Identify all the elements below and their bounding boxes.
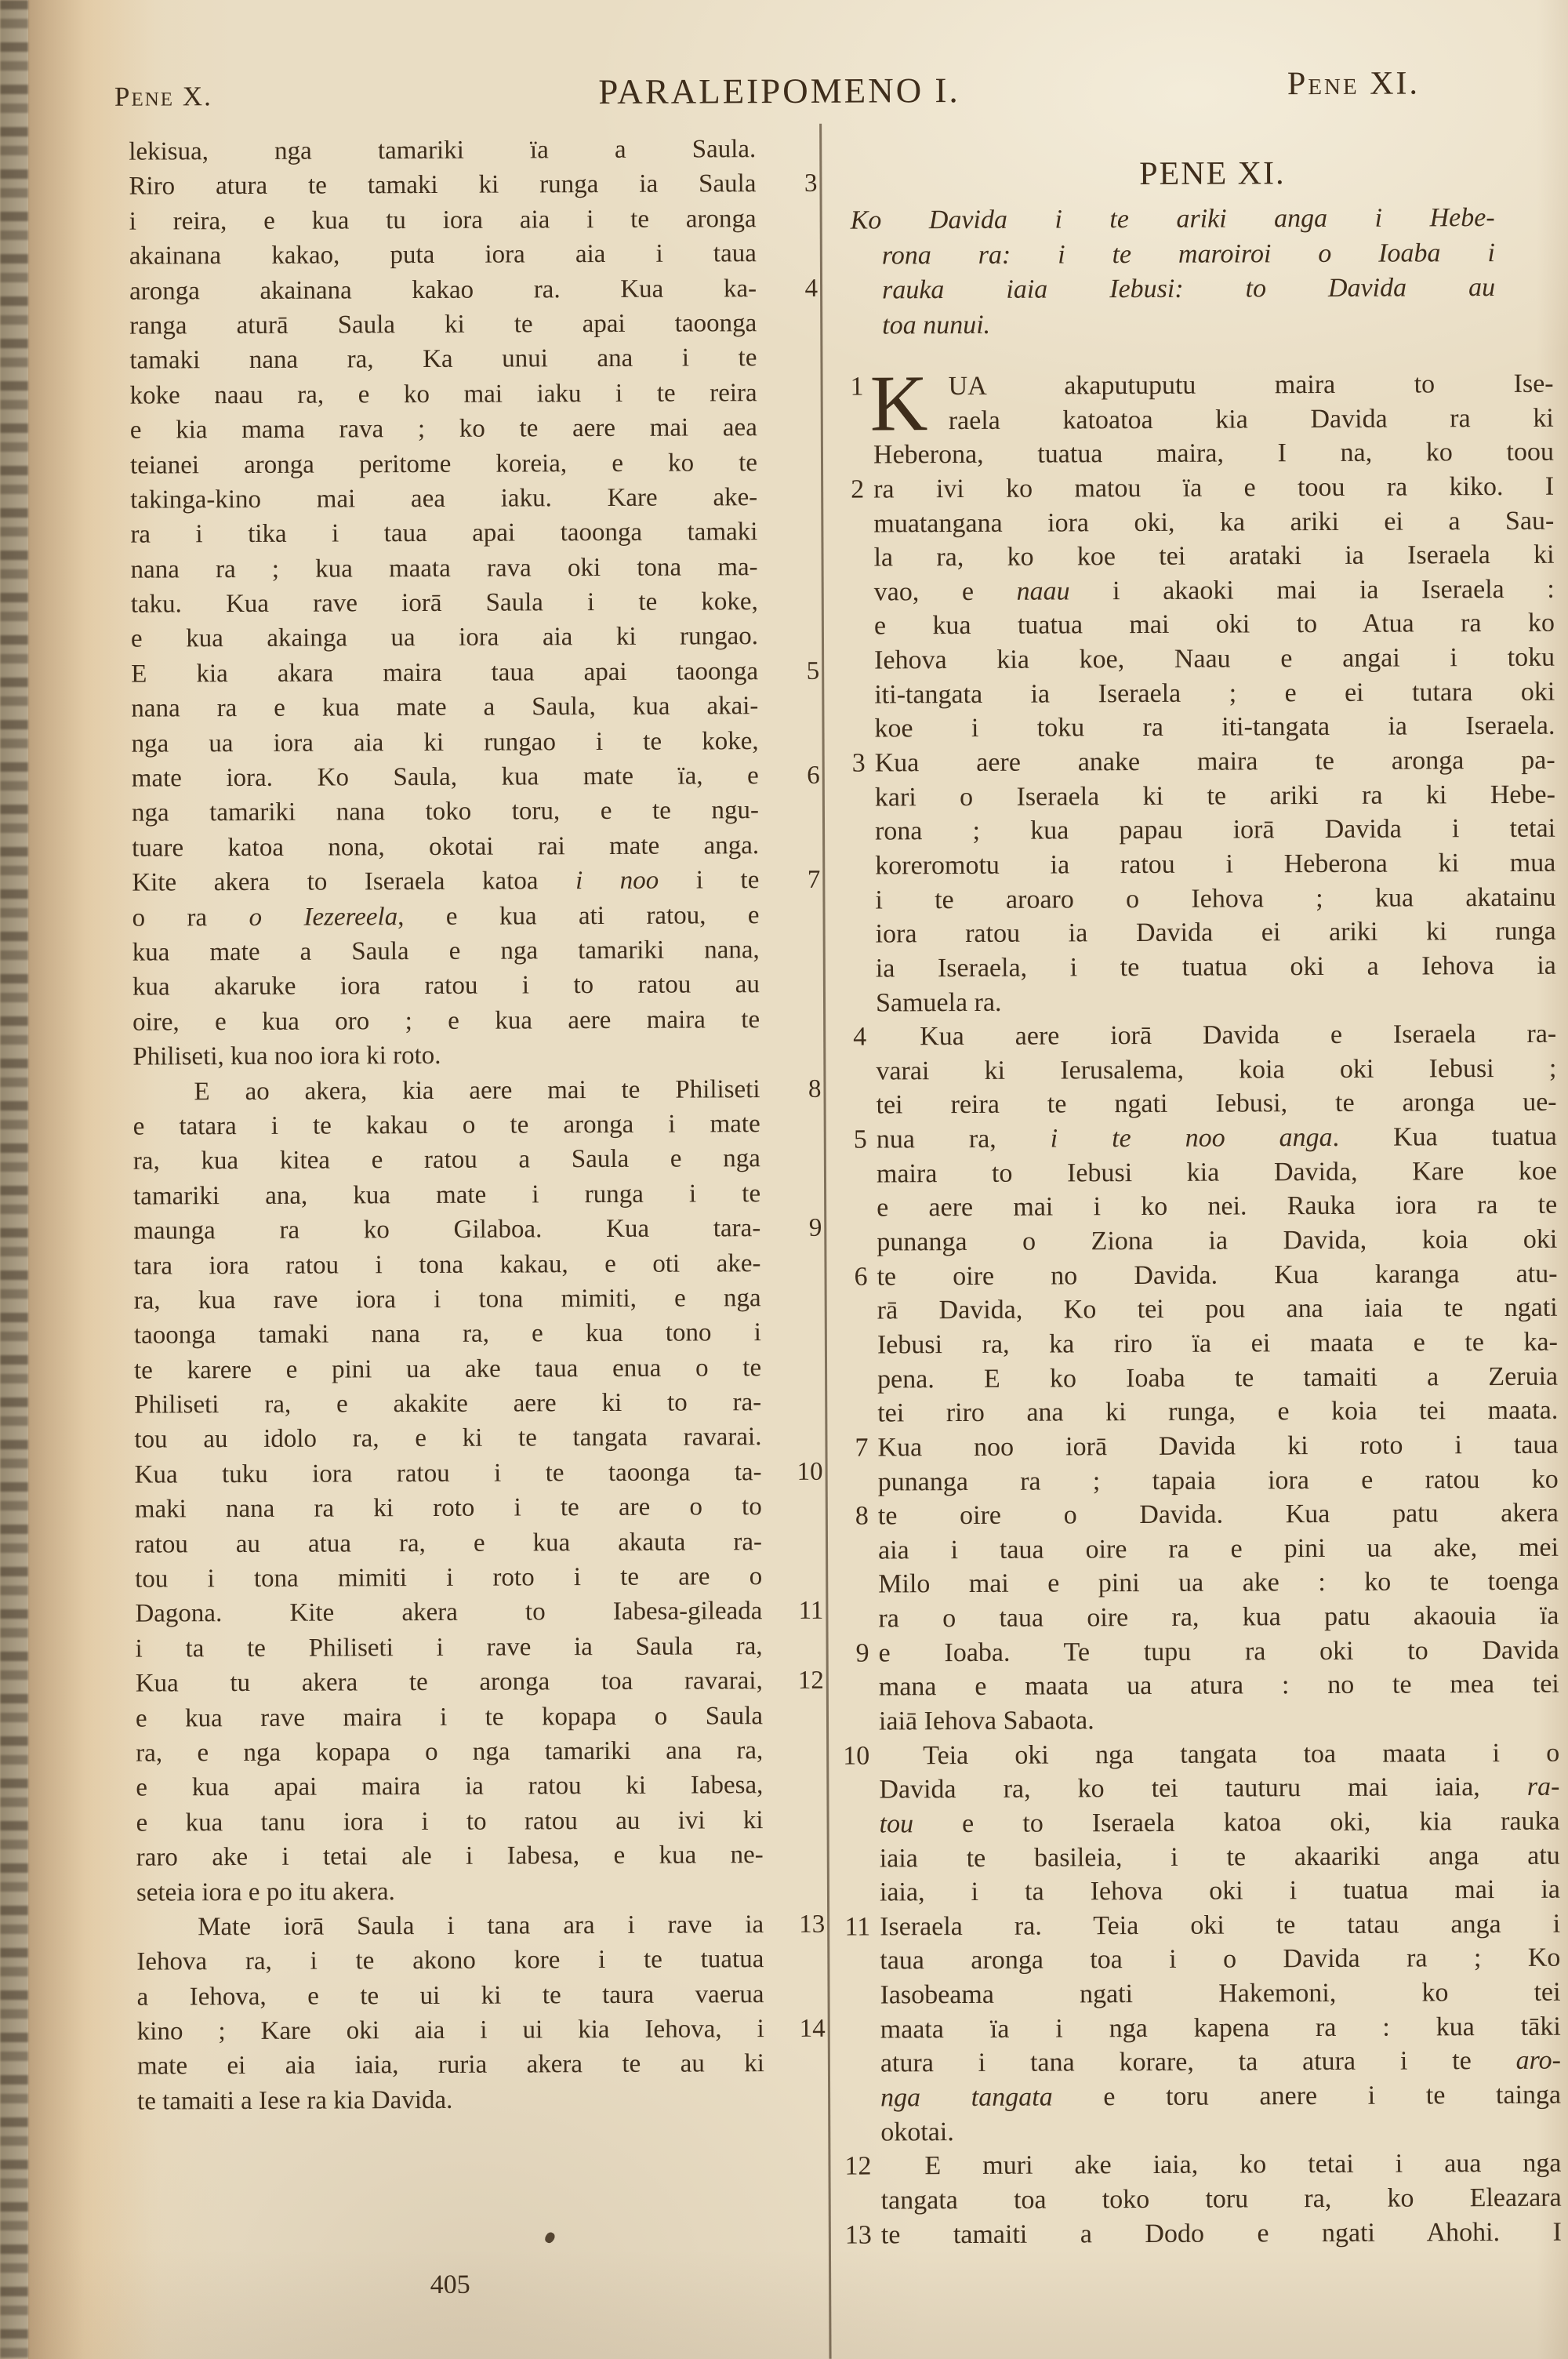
text-line: varai ki Ierusalema, koia oki Iebusi ; [876, 1052, 1556, 1089]
line-text: atura i tana korare, ta atura i te aro- [880, 2044, 1561, 2081]
line-text: tara iora ratou i tona kakau, e oti ake- [133, 1246, 760, 1284]
text-line: aronga akainana kakao ra. Kua ka-4 [129, 271, 757, 309]
line-text: raro ake i tetai ale i Iabesa, e kua ne- [136, 1837, 764, 1875]
text-line: te oire no Davida. Kua karanga atu-6 [877, 1256, 1557, 1293]
text-line: koke naau ra, e ko mai iaku i te reira [130, 376, 757, 413]
text-line: Philiseti, kua noo iora ki roto. [132, 1037, 760, 1074]
verse-number: 10 [830, 1739, 869, 1773]
text-line: Iebusi ra, ka riro ïa ei maata e te ka- [877, 1325, 1558, 1362]
line-text: kua akaruke iora ratou i to ratou au [132, 968, 760, 1005]
text-line: ra i tika i taua apai taoonga tamaki [130, 514, 757, 552]
running-head-right: Pene XI. [1287, 64, 1420, 103]
line-text: punanga ra ; tapaia iora e ratou ko [878, 1462, 1559, 1499]
line-text: Kua noo iorā Davida ki roto i taua [877, 1428, 1558, 1465]
line-text: koke naau ra, e ko mai iaku i te reira [130, 376, 757, 413]
line-text: rauka iaia Iebusi: to Davida au [851, 271, 1495, 308]
line-text: ra ivi ko matou ïa e toou ra kiko. I [873, 470, 1554, 507]
verse-number: 12 [774, 1663, 824, 1699]
text-line: e tatara i te kakau o te aronga i mate [133, 1107, 760, 1144]
text-line: Ko Davida i te ariki anga i Hebe- [851, 201, 1495, 238]
line-text: e kua rave maira i te kopapa o Saula [136, 1699, 763, 1736]
verse-number: 11 [831, 1910, 870, 1944]
line-text: aia i taua oire ra e pini ua ake, mei [878, 1530, 1559, 1567]
line-text: maata ïa i nga kapena ra : kua tāki [880, 2009, 1561, 2046]
line-text: maira to Iebusi kia Davida, Kare koe [877, 1154, 1557, 1190]
text-line: pena. E ko Ioaba te tamaiti a Zeruia [877, 1359, 1558, 1396]
line-text: taua aronga toa i o Davida ra ; Ko [880, 1941, 1560, 1978]
line-text: nga ua iora aia ki rungao i te koke, [131, 724, 758, 761]
line-text: nana ra e kua mate a Saula, kua akai- [131, 689, 758, 726]
verse-number: 1 [824, 370, 863, 405]
right-text-column: K UA akaputuputu maira to Ise-1raela kat… [873, 367, 1561, 2252]
text-line: Kua noo iorā Davida ki roto i taua7 [877, 1428, 1558, 1465]
line-text: raela katoatoa kia Davida ra ki [873, 401, 1554, 438]
verse-number: 6 [770, 758, 820, 794]
text-line: Iehova kia koe, Naau e angai i toku [874, 641, 1555, 678]
line-text: tou e to Iseraela katoa oki, kia rauka [879, 1805, 1559, 1841]
line-text: Kua aere anake maira te aronga pa- [875, 743, 1555, 780]
text-line: kua mate a Saula e nga tamariki nana, [132, 932, 760, 970]
line-text: rā Davida, Ko tei pou ana iaia te ngati [877, 1291, 1558, 1328]
text-line: nana ra e kua mate a Saula, kua akai- [131, 689, 758, 726]
text-line: nua ra, i te noo anga. Kua tuatua5 [877, 1120, 1557, 1157]
text-line: takinga-kino mai aea iaku. Kare ake- [130, 480, 757, 518]
line-text: UA akaputuputu maira to Ise- [873, 367, 1553, 404]
text-line: mana e maata ua atura : no te mea tei [879, 1667, 1559, 1704]
line-text: Heberona, tuatua maira, I na, ko toou [873, 435, 1554, 472]
text-line: UA akaputuputu maira to Ise-1 [873, 367, 1553, 404]
line-text: lekisua, nga tamariki ïa a Saula. [129, 132, 756, 169]
text-line: ia Iseraela, i te tuatua oki a Iehova ia [876, 949, 1556, 986]
text-line: Heberona, tuatua maira, I na, ko toou [873, 435, 1554, 472]
verse-number: 11 [773, 1594, 823, 1629]
line-text: Kua tuku iora ratou i te taoonga ta- [135, 1455, 762, 1492]
page-content: Pene X. PARALEIPOMENO I. Pene XI. lekisu… [0, 0, 1568, 2359]
text-line: maata ïa i nga kapena ra : kua tāki [880, 2009, 1561, 2046]
line-text: mana e maata ua atura : no te mea tei [879, 1667, 1559, 1704]
line-text: E kia akara maira taua apai taoonga [131, 654, 758, 692]
line-text: te oire o Davida. Kua patu akera [878, 1496, 1559, 1533]
line-text: toa nunui. [851, 306, 1495, 343]
line-text: mate iora. Ko Saula, kua mate ïa, e [132, 758, 759, 796]
text-line: Kite akera to Iseraela katoa i noo i te7 [132, 863, 759, 900]
line-text: Dagona. Kite akera to Iabesa-gileada [135, 1594, 762, 1632]
line-text: muatangana iora oki, ka ariki ei a Sau- [873, 503, 1554, 540]
text-line: nga ua iora aia ki rungao i te koke, [131, 724, 758, 761]
verse-number: 10 [773, 1455, 823, 1490]
line-text: Philiseti ra, e akakite aere ki to ra- [134, 1385, 761, 1423]
line-text: Kite akera to Iseraela katoa i noo i te [132, 863, 759, 900]
text-line: e aere mai i ko nei. Rauka iora ra te [877, 1188, 1557, 1225]
line-text: e kua tanu iora i to ratou au ivi ki [136, 1803, 763, 1841]
text-line: Kua aere anake maira te aronga pa-3 [875, 743, 1555, 780]
text-line: tara iora ratou i tona kakau, e oti ake- [133, 1246, 760, 1284]
line-text: e kua akainga ua iora aia ki rungao. [131, 620, 758, 657]
line-text: ra, e nga kopapa o nga tamariki ana ra, [136, 1733, 763, 1771]
text-line: e kua rave maira i te kopapa o Saula [136, 1699, 763, 1736]
line-text: ranga aturā Saula ki te apai taoonga [129, 306, 757, 343]
text-line: atura i tana korare, ta atura i te aro- [880, 2044, 1561, 2081]
line-text: Mate iorā Saula i tana ara i rave ia [136, 1907, 764, 1945]
line-text: koreromotu ia ratou i Heberona ki mua [875, 846, 1555, 883]
text-line: teianei aronga peritome koreia, e ko te [130, 445, 757, 483]
text-line: o ra o Iezereela, e kua ati ratou, e [132, 898, 759, 936]
text-line: aia i taua oire ra e pini ua ake, mei [878, 1530, 1559, 1567]
line-text: Kua aere iorā Davida e Iseraela ra- [876, 1017, 1556, 1054]
text-line: mate iora. Ko Saula, kua mate ïa, e6 [132, 758, 759, 796]
line-text: nana ra ; kua maata rava oki tona ma- [131, 550, 758, 587]
text-line: taku. Kua rave iorā Saula i te koke, [131, 584, 758, 622]
text-line: iaiā Iehova Sabaota. [879, 1702, 1559, 1739]
verse-number: 13 [775, 1907, 825, 1943]
text-line: kari o Iseraela ki te ariki ra ki Hebe- [875, 777, 1555, 814]
line-text: mate ei aia iaia, ruria akera te au ki [137, 2047, 764, 2085]
ink-speck [543, 2230, 557, 2245]
line-text: ra, kua rave iora i tona mimiti, e nga [134, 1281, 761, 1318]
text-line: tou e to Iseraela katoa oki, kia rauka [879, 1805, 1559, 1841]
text-line: E muri ake iaia, ko tetai i aua nga12 [880, 2146, 1561, 2183]
line-text: Iseraela ra. Teia oki te tatau anga i [880, 1907, 1560, 1944]
line-text: kari o Iseraela ki te ariki ra ki Hebe- [875, 777, 1555, 814]
text-line: iti-tangata ia Iseraela ; e ei tutara ok… [874, 674, 1555, 711]
text-line: nga tangata e toru anere i te tainga [880, 2078, 1561, 2115]
text-line: e kua tuatua mai oki to Atua ra ko [874, 606, 1555, 643]
text-line: e kia mama rava ; ko te aere mai aea [130, 410, 757, 448]
line-text: tei reira te ngati Iebusi, te aronga ue- [876, 1085, 1556, 1122]
line-text: tou au idolo ra, e ki te tangata ravarai… [134, 1420, 761, 1458]
line-text: iaia, i ta Iehova oki i tuatua mai ia [880, 1873, 1560, 1910]
text-line: Iasobeama ngati Hakemoni, ko tei [880, 1976, 1560, 2012]
text-line: akainana kakao, puta iora aia i taua [129, 236, 757, 274]
text-line: taoonga tamaki nana ra, e kua tono i [134, 1315, 761, 1353]
text-line: e kua akainga ua iora aia ki rungao. [131, 620, 758, 657]
line-text: o ra o Iezereela, e kua ati ratou, e [132, 898, 759, 936]
line-text: akainana kakao, puta iora aia i taua [129, 236, 757, 274]
verse-number: 5 [769, 654, 819, 689]
text-line: okotai. [880, 2112, 1561, 2149]
text-line: i reira, e kua tu iora aia i te aronga [129, 202, 757, 239]
text-line: rā Davida, Ko tei pou ana iaia te ngati [877, 1291, 1558, 1328]
verse-number: 4 [768, 271, 818, 306]
text-line: punanga o Ziona ia Davida, koia oki [877, 1223, 1557, 1259]
line-text: Iebusi ra, ka riro ïa ei maata e te ka- [877, 1325, 1558, 1362]
text-line: i te aroaro o Iehova ; kua akatainu [875, 880, 1555, 917]
text-line: ra, kua rave iora i tona mimiti, e nga [134, 1281, 761, 1318]
line-text: tamaki nana ra, Ka unui ana i te [129, 340, 757, 378]
line-text: i te aroaro o Iehova ; kua akatainu [875, 880, 1555, 917]
line-text: nga tamariki nana toko toru, e te ngu- [132, 794, 759, 831]
verse-number: 5 [828, 1123, 867, 1158]
line-text: Iehova ra, i te akono kore i te tuatua [136, 1942, 764, 1979]
line-text: nga tangata e toru anere i te tainga [880, 2078, 1561, 2115]
chapter-summary: Ko Davida i te ariki anga i Hebe-rona ra… [851, 201, 1496, 343]
text-line: mate ei aia iaia, ruria akera te au ki [137, 2047, 764, 2085]
text-line: tei riro ana ki runga, e koia tei maata. [877, 1394, 1558, 1430]
line-text: ra o taua oire ra, kua patu akaouia ïa [878, 1599, 1559, 1636]
line-text: ra, kua kitea e ratou a Saula e nga [133, 1141, 760, 1179]
text-line: e kua tanu iora i to ratou au ivi ki [136, 1803, 763, 1841]
line-text: aronga akainana kakao ra. Kua ka- [129, 271, 757, 309]
text-line: i ta te Philiseti i rave ia Saula ra, [136, 1629, 763, 1667]
verse-number: 7 [829, 1430, 868, 1465]
text-line: oire, e kua oro ; e kua aere maira te [132, 1002, 760, 1040]
line-text: rona ra: i te maroiroi o Ioaba i [851, 236, 1495, 274]
text-line: Kua aere iorā Davida e Iseraela ra-4 [876, 1017, 1556, 1054]
text-line: kua akaruke iora ratou i to ratou au [132, 968, 760, 1005]
line-text: iora ratou ia Davida ei ariki ki runga [876, 914, 1556, 951]
line-text: tei riro ana ki runga, e koia tei maata. [877, 1394, 1558, 1430]
verse-number: 3 [826, 747, 866, 781]
text-line: vao, e naau i akaoki mai ia Iseraela : [874, 572, 1555, 609]
line-text: e aere mai i ko nei. Rauka iora ra te [877, 1188, 1557, 1225]
text-line: Teia oki nga tangata toa maata i o10 [879, 1736, 1559, 1772]
line-text: te oire no Davida. Kua karanga atu- [877, 1256, 1557, 1293]
text-line: Milo mai e pini ua ake : ko te toenga [878, 1565, 1559, 1601]
verse-number: 4 [827, 1020, 866, 1055]
line-text: iti-tangata ia Iseraela ; e ei tutara ok… [874, 674, 1555, 711]
line-text: Davida ra, ko tei tauturu mai iaia, ra- [879, 1770, 1559, 1807]
line-text: pena. E ko Ioaba te tamaiti a Zeruia [877, 1359, 1558, 1396]
line-text: Iehova kia koe, Naau e angai i toku [874, 641, 1555, 678]
verse-number: 12 [832, 2150, 871, 2184]
verse-number: 8 [829, 1499, 869, 1534]
line-text: tuare katoa nona, okotai rai mate anga. [132, 828, 759, 866]
text-line: Mate iorā Saula i tana ara i rave ia13 [136, 1907, 764, 1945]
book-page: Pene X. PARALEIPOMENO I. Pene XI. lekisu… [0, 0, 1568, 2359]
verse-number: 7 [770, 863, 820, 898]
line-text: iaiā Iehova Sabaota. [879, 1702, 1559, 1739]
text-line: iaia, i ta Iehova oki i tuatua mai ia [880, 1873, 1560, 1910]
line-text: e kia mama rava ; ko te aere mai aea [130, 410, 757, 448]
verse-number: 13 [833, 2218, 872, 2252]
line-text: kino ; Kare oki aia i ui kia Iehova, i [137, 2012, 764, 2049]
text-line: maira to Iebusi kia Davida, Kare koe [877, 1154, 1557, 1190]
text-line: kino ; Kare oki aia i ui kia Iehova, i14 [137, 2012, 764, 2049]
line-text: takinga-kino mai aea iaku. Kare ake- [130, 480, 757, 518]
line-text: rona ; kua papau iorā Davida i tetai [875, 812, 1555, 849]
text-line: Philiseti ra, e akakite aere ki to ra- [134, 1385, 761, 1423]
line-text: taoonga tamaki nana ra, e kua tono i [134, 1315, 761, 1353]
text-line: raro ake i tetai ale i Iabesa, e kua ne- [136, 1837, 764, 1875]
line-text: Teia oki nga tangata toa maata i o [879, 1736, 1559, 1772]
text-line: te karere e pini ua ake taua enua o te [134, 1350, 761, 1388]
line-text: e Ioaba. Te tupu ra oki to Davida [879, 1633, 1559, 1670]
line-text: e kua apai maira ia ratou ki Iabesa, [136, 1768, 763, 1805]
line-text: E ao akera, kia aere mai te Philiseti [132, 1072, 760, 1110]
line-text: te tamaiti a Iese ra kia Davida. [137, 2081, 764, 2119]
text-line: seteia iora e po itu akera. [136, 1873, 764, 1910]
line-text: maunga ra ko Gilaboa. Kua tara- [133, 1211, 760, 1249]
line-text: nua ra, i te noo anga. Kua tuatua [877, 1120, 1557, 1157]
text-line: Samuela ra. [876, 983, 1556, 1020]
line-text: tou i tona mimiti i roto i te are o [135, 1559, 762, 1597]
text-line: la ra, ko koe tei arataki ia Iseraela ki [873, 538, 1554, 575]
text-line: te tamaiti a Dodo e ngati Ahohi. I13 [881, 2215, 1562, 2252]
verse-number: 8 [771, 1071, 821, 1107]
text-line: nana ra ; kua maata rava oki tona ma- [131, 550, 758, 587]
line-text: i ta te Philiseti i rave ia Saula ra, [136, 1629, 763, 1667]
text-line: Kua tuku iora ratou i te taoonga ta-10 [135, 1455, 762, 1492]
line-text: ratou au atua ra, e kua akauta ra- [135, 1525, 762, 1562]
text-line: tou i tona mimiti i roto i te are o [135, 1559, 762, 1597]
text-line: ra, e nga kopapa o nga tamariki ana ra, [136, 1733, 763, 1771]
line-text: tangata toa toko toru ra, ko Eleazara [881, 2181, 1562, 2218]
text-line: iora ratou ia Davida ei ariki ki runga [876, 914, 1556, 951]
line-text: oire, e kua oro ; e kua aere maira te [132, 1002, 760, 1040]
text-line: tou au idolo ra, e ki te tangata ravarai… [134, 1420, 761, 1458]
line-text: okotai. [880, 2112, 1561, 2149]
text-line: Davida ra, ko tei tauturu mai iaia, ra- [879, 1770, 1559, 1807]
text-line: ra ivi ko matou ïa e toou ra kiko. I2 [873, 470, 1554, 507]
text-line: maunga ra ko Gilaboa. Kua tara-9 [133, 1211, 760, 1249]
text-line: taua aronga toa i o Davida ra ; Ko [880, 1941, 1560, 1978]
text-line: Riro atura te tamaki ki runga ia Saula3 [129, 167, 756, 205]
text-line: e kua apai maira ia ratou ki Iabesa, [136, 1768, 763, 1805]
text-line: ranga aturā Saula ki te apai taoonga [129, 306, 757, 343]
text-line: te tamaiti a Iese ra kia Davida. [137, 2081, 764, 2119]
text-line: punanga ra ; tapaia iora e ratou ko [878, 1462, 1559, 1499]
text-line: a Iehova, e te ui ki te taura vaerua [136, 1977, 764, 2015]
text-line: lekisua, nga tamariki ïa a Saula. [129, 132, 756, 169]
text-line: te oire o Davida. Kua patu akera8 [878, 1496, 1559, 1533]
line-text: Milo mai e pini ua ake : ko te toenga [878, 1565, 1559, 1601]
chapter-heading: PENE XI. [872, 154, 1552, 194]
text-line: tamaki nana ra, Ka unui ana i te [129, 340, 757, 378]
verse-number: 2 [825, 472, 864, 507]
line-text: e kua tuatua mai oki to Atua ra ko [874, 606, 1555, 643]
line-text: Philiseti, kua noo iora ki roto. [132, 1037, 760, 1074]
text-line: e Ioaba. Te tupu ra oki to Davida9 [879, 1633, 1559, 1670]
text-line: nga tamariki nana toko toru, e te ngu- [132, 794, 759, 831]
text-line: ra, kua kitea e ratou a Saula e nga [133, 1141, 760, 1179]
text-line: iaia te basileia, i te akaariki anga atu [880, 1838, 1560, 1875]
text-line: rona ; kua papau iorā Davida i tetai [875, 812, 1555, 849]
line-text: maki nana ra ki roto i te are o to [135, 1489, 762, 1527]
text-line: Iehova ra, i te akono kore i te tuatua [136, 1942, 764, 1979]
verse-number: 3 [767, 166, 817, 202]
text-line: Dagona. Kite akera to Iabesa-gileada11 [135, 1594, 762, 1632]
text-line: koreromotu ia ratou i Heberona ki mua [875, 846, 1555, 883]
verse-number: 14 [775, 2012, 826, 2047]
line-text: Ko Davida i te ariki anga i Hebe- [851, 201, 1495, 238]
text-line: tangata toa toko toru ra, ko Eleazara [881, 2181, 1562, 2218]
text-line: tuare katoa nona, okotai rai mate anga. [132, 828, 759, 866]
line-text: E muri ake iaia, ko tetai i aua nga [880, 2146, 1561, 2183]
page-number: 405 [419, 2270, 481, 2300]
verse-number: 9 [830, 1636, 869, 1670]
text-line: ra o taua oire ra, kua patu akaouia ïa [878, 1599, 1559, 1636]
line-text: Iasobeama ngati Hakemoni, ko tei [880, 1976, 1560, 2012]
line-text: Samuela ra. [876, 983, 1556, 1020]
text-line: toa nunui. [851, 306, 1495, 343]
line-text: varai ki Ierusalema, koia oki Iebusi ; [876, 1052, 1556, 1089]
line-text: ra i tika i taua apai taoonga tamaki [130, 514, 757, 552]
text-line: tamariki ana, kua mate i runga i te [133, 1176, 760, 1214]
text-line: rauka iaia Iebusi: to Davida au [851, 271, 1495, 308]
verse-number: 6 [828, 1259, 867, 1294]
line-text: teianei aronga peritome koreia, e ko te [130, 445, 757, 483]
text-line: rona ra: i te maroiroi o Ioaba i [851, 236, 1495, 274]
line-text: i reira, e kua tu iora aia i te aronga [129, 202, 757, 239]
line-text: iaia te basileia, i te akaariki anga atu [880, 1838, 1560, 1875]
line-text: a Iehova, e te ui ki te taura vaerua [136, 1977, 764, 2015]
line-text: kua mate a Saula e nga tamariki nana, [132, 932, 760, 970]
line-text: punanga o Ziona ia Davida, koia oki [877, 1223, 1557, 1259]
text-line: Iseraela ra. Teia oki te tatau anga i11 [880, 1907, 1560, 1944]
text-line: Kua tu akera te aronga toa ravarai,12 [136, 1663, 763, 1701]
line-text: taku. Kua rave iorā Saula i te koke, [131, 584, 758, 622]
line-text: la ra, ko koe tei arataki ia Iseraela ki [873, 538, 1554, 575]
line-text: koe i toku ra iti-tangata ia Iseraela. [874, 709, 1555, 746]
line-text: ia Iseraela, i te tuatua oki a Iehova ia [876, 949, 1556, 986]
line-text: te tamaiti a Dodo e ngati Ahohi. I [881, 2215, 1562, 2252]
text-line: koe i toku ra iti-tangata ia Iseraela. [874, 709, 1555, 746]
line-text: seteia iora e po itu akera. [136, 1873, 764, 1910]
text-line: maki nana ra ki roto i te are o to [135, 1489, 762, 1527]
text-line: tei reira te ngati Iebusi, te aronga ue- [876, 1085, 1556, 1122]
line-text: vao, e naau i akaoki mai ia Iseraela : [874, 572, 1555, 609]
verse-number: 9 [771, 1211, 822, 1246]
text-line: ratou au atua ra, e kua akauta ra- [135, 1525, 762, 1562]
text-line: E kia akara maira taua apai taoonga5 [131, 654, 758, 692]
line-text: tamariki ana, kua mate i runga i te [133, 1176, 760, 1214]
line-text: e tatara i te kakau o te aronga i mate [133, 1107, 760, 1144]
text-line: raela katoatoa kia Davida ra ki [873, 401, 1554, 438]
text-line: E ao akera, kia aere mai te Philiseti8 [132, 1072, 760, 1110]
line-text: Riro atura te tamaki ki runga ia Saula [129, 167, 756, 205]
line-text: Kua tu akera te aronga toa ravarai, [136, 1663, 763, 1701]
left-text-column: lekisua, nga tamariki ïa a Saula.Riro at… [129, 132, 764, 2119]
text-line: muatangana iora oki, ka ariki ei a Sau- [873, 503, 1554, 540]
line-text: te karere e pini ua ake taua enua o te [134, 1350, 761, 1388]
